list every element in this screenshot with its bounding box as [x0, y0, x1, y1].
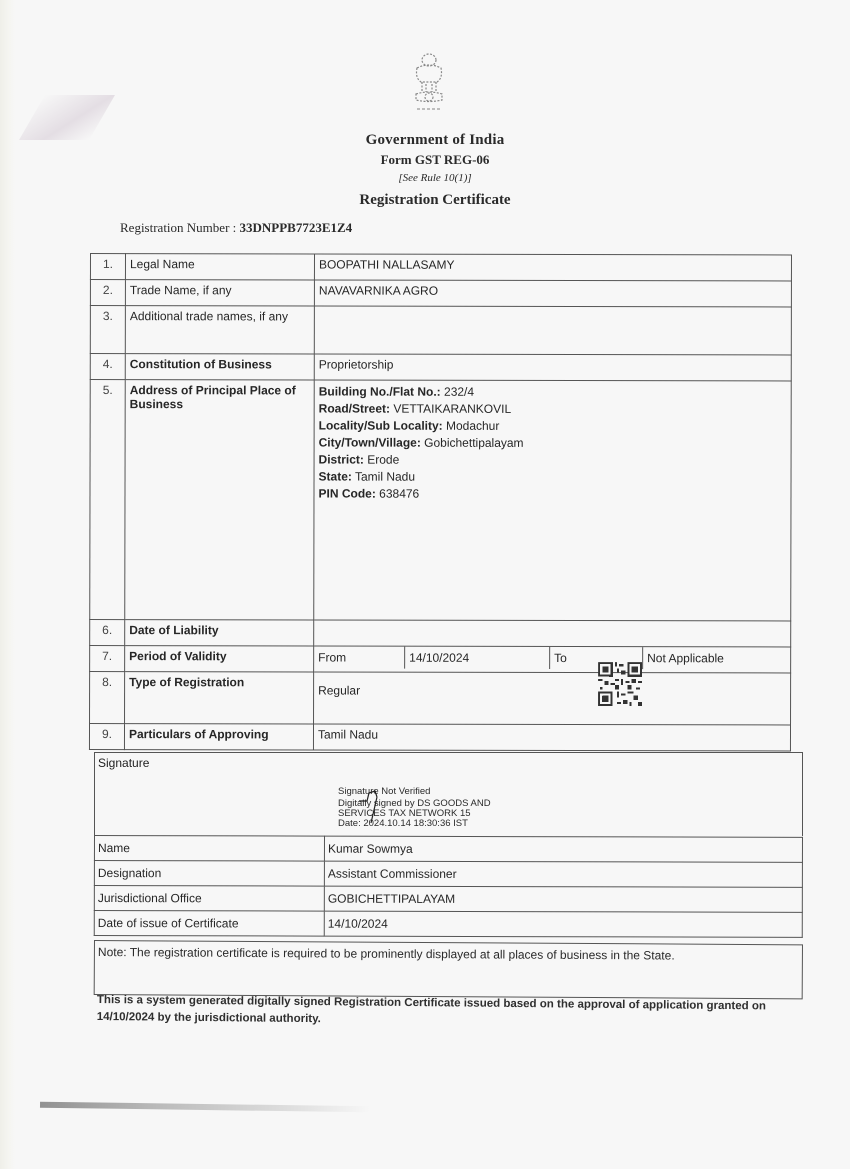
address-value: Building No./Flat No.: 232/4 Road/Street…: [314, 380, 792, 621]
issue-date-value: 14/10/2024: [324, 911, 802, 937]
row-number: 6.: [90, 620, 125, 646]
table-row: Jurisdictional Office GOBICHETTIPALAYAM: [94, 886, 802, 913]
field-label: Address of Principal Place of Business: [125, 380, 315, 620]
date-of-liability-value: [314, 620, 791, 647]
row-number: 2.: [90, 280, 125, 306]
rule-reference: [See Rule 10(1)]: [300, 170, 570, 187]
field-label: Type of Registration: [125, 672, 314, 724]
trade-name-value: NAVAVARNIKA AGRO: [314, 280, 791, 307]
table-row: 4. Constitution of Business Proprietorsh…: [90, 354, 791, 381]
field-label: Legal Name: [125, 254, 314, 280]
field-label: Constitution of Business: [125, 354, 314, 380]
signer-name-value: Kumar Sowmya: [324, 836, 802, 862]
designation-value: Assistant Commissioner: [324, 861, 802, 887]
system-generated-notice: This is a system generated digitally sig…: [97, 992, 797, 1033]
additional-trade-names-value: [314, 306, 791, 355]
signature-checkmark-icon: [357, 783, 387, 825]
signer-label: Designation: [94, 861, 324, 887]
address-line: Locality/Sub Locality: Modachur: [319, 417, 787, 435]
row-number: 8.: [90, 672, 125, 724]
table-row: Date of issue of Certificate 14/10/2024: [94, 911, 802, 938]
approving-authority-value: Tamil Nadu: [313, 724, 790, 751]
qr-code-icon: [598, 662, 642, 706]
address-line: PIN Code: 638476: [318, 485, 786, 503]
table-row: 3. Additional trade names, if any: [90, 306, 791, 355]
address-line: City/Town/Village: Gobichettipalayam: [319, 434, 787, 452]
field-label: Additional trade names, if any: [125, 306, 314, 354]
scan-streak: [40, 1102, 370, 1113]
table-row: 5. Address of Principal Place of Busines…: [90, 380, 792, 621]
form-name: Form GST REG-06: [300, 150, 570, 170]
signer-label: Name: [94, 836, 324, 862]
scan-smudge: [19, 95, 115, 140]
signer-label: Date of issue of Certificate: [94, 911, 324, 937]
row-number: 9.: [89, 724, 124, 750]
table-row: 6. Date of Liability: [90, 620, 791, 647]
signer-label: Jurisdictional Office: [94, 886, 324, 912]
field-label: Period of Validity: [125, 646, 314, 672]
address-line: Building No./Flat No.: 232/4: [319, 383, 787, 401]
registration-type-value: Regular: [314, 672, 791, 725]
row-number: 1.: [90, 254, 125, 280]
address-line: District: Erode: [319, 451, 787, 469]
validity-from-label: From: [314, 646, 405, 668]
row-number: 7.: [90, 646, 125, 672]
table-row: 1. Legal Name BOOPATHI NALLASAMY: [90, 254, 791, 281]
certificate-header: Government of India Form GST REG-06 [See…: [300, 130, 570, 211]
row-number: 4.: [90, 354, 125, 380]
validity-cell: From 14/10/2024 To Not Applicable: [314, 646, 791, 673]
constitution-value: Proprietorship: [314, 354, 791, 381]
validity-from-value: 14/10/2024: [405, 647, 550, 669]
signature-title: Signature: [98, 756, 149, 770]
validity-to-value: Not Applicable: [643, 647, 791, 669]
registration-details-table: 1. Legal Name BOOPATHI NALLASAMY 2. Trad…: [89, 253, 792, 751]
registration-type-text: Regular: [318, 683, 360, 697]
field-label: Particulars of Approving: [124, 724, 313, 750]
document-title: Registration Certificate: [300, 189, 570, 211]
row-number: 3.: [90, 306, 125, 354]
scan-edge: [0, 0, 15, 1169]
signature-block: Signature Signature Not Verified Digital…: [94, 752, 803, 836]
registration-value: 33DNPPB7723E1Z4: [240, 220, 353, 235]
address-line: Road/Street: VETTAIKARANKOVIL: [319, 400, 787, 418]
note-text: Note: The registration certificate is re…: [98, 945, 675, 963]
table-row: Name Kumar Sowmya: [94, 836, 802, 863]
table-row: Designation Assistant Commissioner: [94, 861, 802, 888]
registration-label: Registration Number :: [120, 220, 240, 235]
signer-details-table: Name Kumar Sowmya Designation Assistant …: [94, 835, 803, 938]
field-label: Date of Liability: [125, 620, 314, 646]
validity-table: From 14/10/2024 To Not Applicable: [314, 646, 790, 669]
table-row: 7. Period of Validity From 14/10/2024 To…: [90, 646, 791, 673]
jurisdictional-office-value: GOBICHETTIPALAYAM: [324, 886, 802, 912]
ashoka-emblem-icon: [407, 48, 451, 114]
table-row: 8. Type of Registration Regular: [90, 672, 791, 725]
row-number: 5.: [90, 380, 126, 620]
field-label: Trade Name, if any: [125, 280, 314, 306]
table-row: 2. Trade Name, if any NAVAVARNIKA AGRO: [90, 280, 791, 307]
legal-name-value: BOOPATHI NALLASAMY: [314, 254, 791, 281]
registration-number: Registration Number : 33DNPPB7723E1Z4: [120, 220, 352, 236]
table-row: 9. Particulars of Approving Tamil Nadu: [89, 724, 790, 751]
display-note: Note: The registration certificate is re…: [94, 940, 803, 999]
address-line: State: Tamil Nadu: [319, 468, 787, 486]
government-title: Government of India: [300, 130, 570, 150]
